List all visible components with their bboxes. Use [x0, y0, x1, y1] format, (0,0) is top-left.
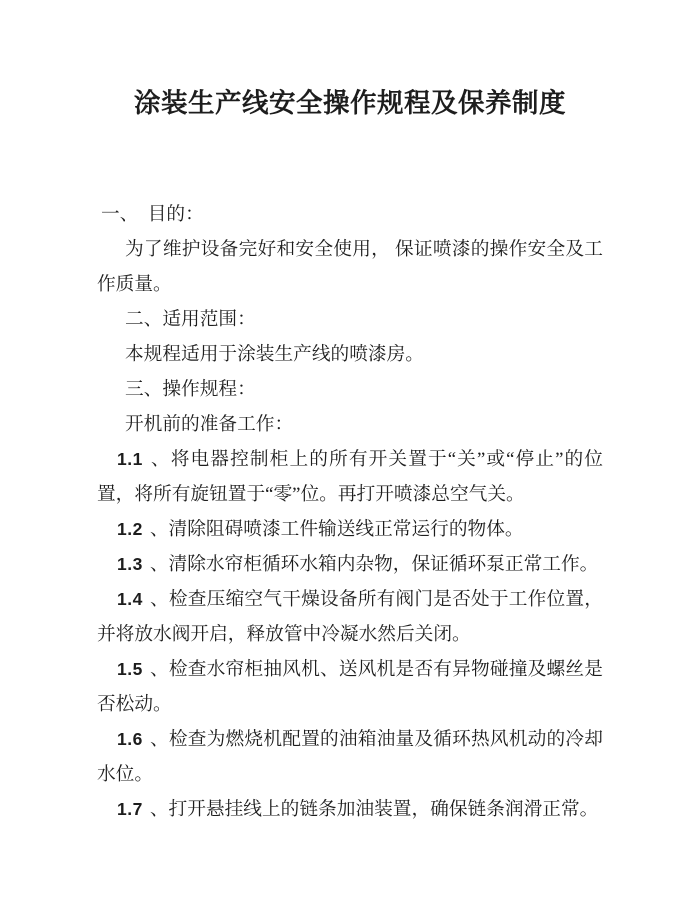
item-text: 、检查压缩空气干燥设备所有阀门是否处于工作位置，并将放水阀开启，释放管中冷凝水然… — [97, 589, 603, 645]
item-number: 1.7 — [117, 799, 143, 819]
paragraph-purpose-body: 为了维护设备完好和安全使用， 保证喷漆的操作安全及工作质量。 — [97, 232, 603, 302]
item-number: 1.2 — [117, 519, 143, 539]
numbered-item-1-6: 1.6、检查为燃烧机配置的油箱油量及循环热风机动的冷却水位。 — [97, 722, 603, 792]
numbered-item-1-2: 1.2、清除阻碍喷漆工件输送线正常运行的物体。 — [97, 512, 603, 547]
item-text: 、清除阻碍喷漆工件输送线正常运行的物体。 — [150, 519, 524, 540]
item-number: 1.3 — [117, 554, 143, 574]
item-text: 、检查水帘柜抽风机、送风机是否有异物碰撞及螺丝是否松动。 — [97, 659, 603, 715]
section-heading-scope: 二、适用范围： — [97, 302, 603, 337]
item-number: 1.5 — [117, 659, 143, 679]
document-title: 涂装生产线安全操作规程及保养制度 — [0, 84, 700, 122]
numbered-item-1-5: 1.5、检查水帘柜抽风机、送风机是否有异物碰撞及螺丝是否松动。 — [97, 652, 603, 722]
numbered-item-1-3: 1.3、清除水帘柜循环水箱内杂物，保证循环泵正常工作。 — [97, 547, 603, 582]
numbered-item-1-7: 1.7、打开悬挂线上的链条加油装置，确保链条润滑正常。 — [97, 792, 603, 827]
section-heading-purpose: 一、 目的： — [97, 197, 603, 232]
paragraph-preparation-intro: 开机前的准备工作： — [97, 407, 603, 442]
item-number: 1.6 — [117, 729, 143, 749]
item-number: 1.1 — [117, 449, 143, 469]
section-heading-procedures: 三、操作规程： — [97, 372, 603, 407]
item-number: 1.4 — [117, 589, 143, 609]
document-page: 涂装生产线安全操作规程及保养制度 一、 目的： 为了维护设备完好和安全使用， 保… — [0, 0, 700, 905]
item-text: 、将电器控制柜上的所有开关置于“关”或“停止”的位置，将所有旋钮置于“零”位。再… — [97, 449, 603, 505]
numbered-item-1-1: 1.1、将电器控制柜上的所有开关置于“关”或“停止”的位置，将所有旋钮置于“零”… — [97, 442, 603, 512]
item-text: 、检查为燃烧机配置的油箱油量及循环热风机动的冷却水位。 — [97, 729, 603, 785]
numbered-item-1-4: 1.4、检查压缩空气干燥设备所有阀门是否处于工作位置，并将放水阀开启，释放管中冷… — [97, 582, 603, 652]
item-text: 、打开悬挂线上的链条加油装置，确保链条润滑正常。 — [150, 799, 599, 820]
item-text: 、清除水帘柜循环水箱内杂物，保证循环泵正常工作。 — [150, 554, 599, 575]
document-body: 一、 目的： 为了维护设备完好和安全使用， 保证喷漆的操作安全及工作质量。 二、… — [97, 197, 603, 827]
paragraph-scope-body: 本规程适用于涂装生产线的喷漆房。 — [97, 337, 603, 372]
